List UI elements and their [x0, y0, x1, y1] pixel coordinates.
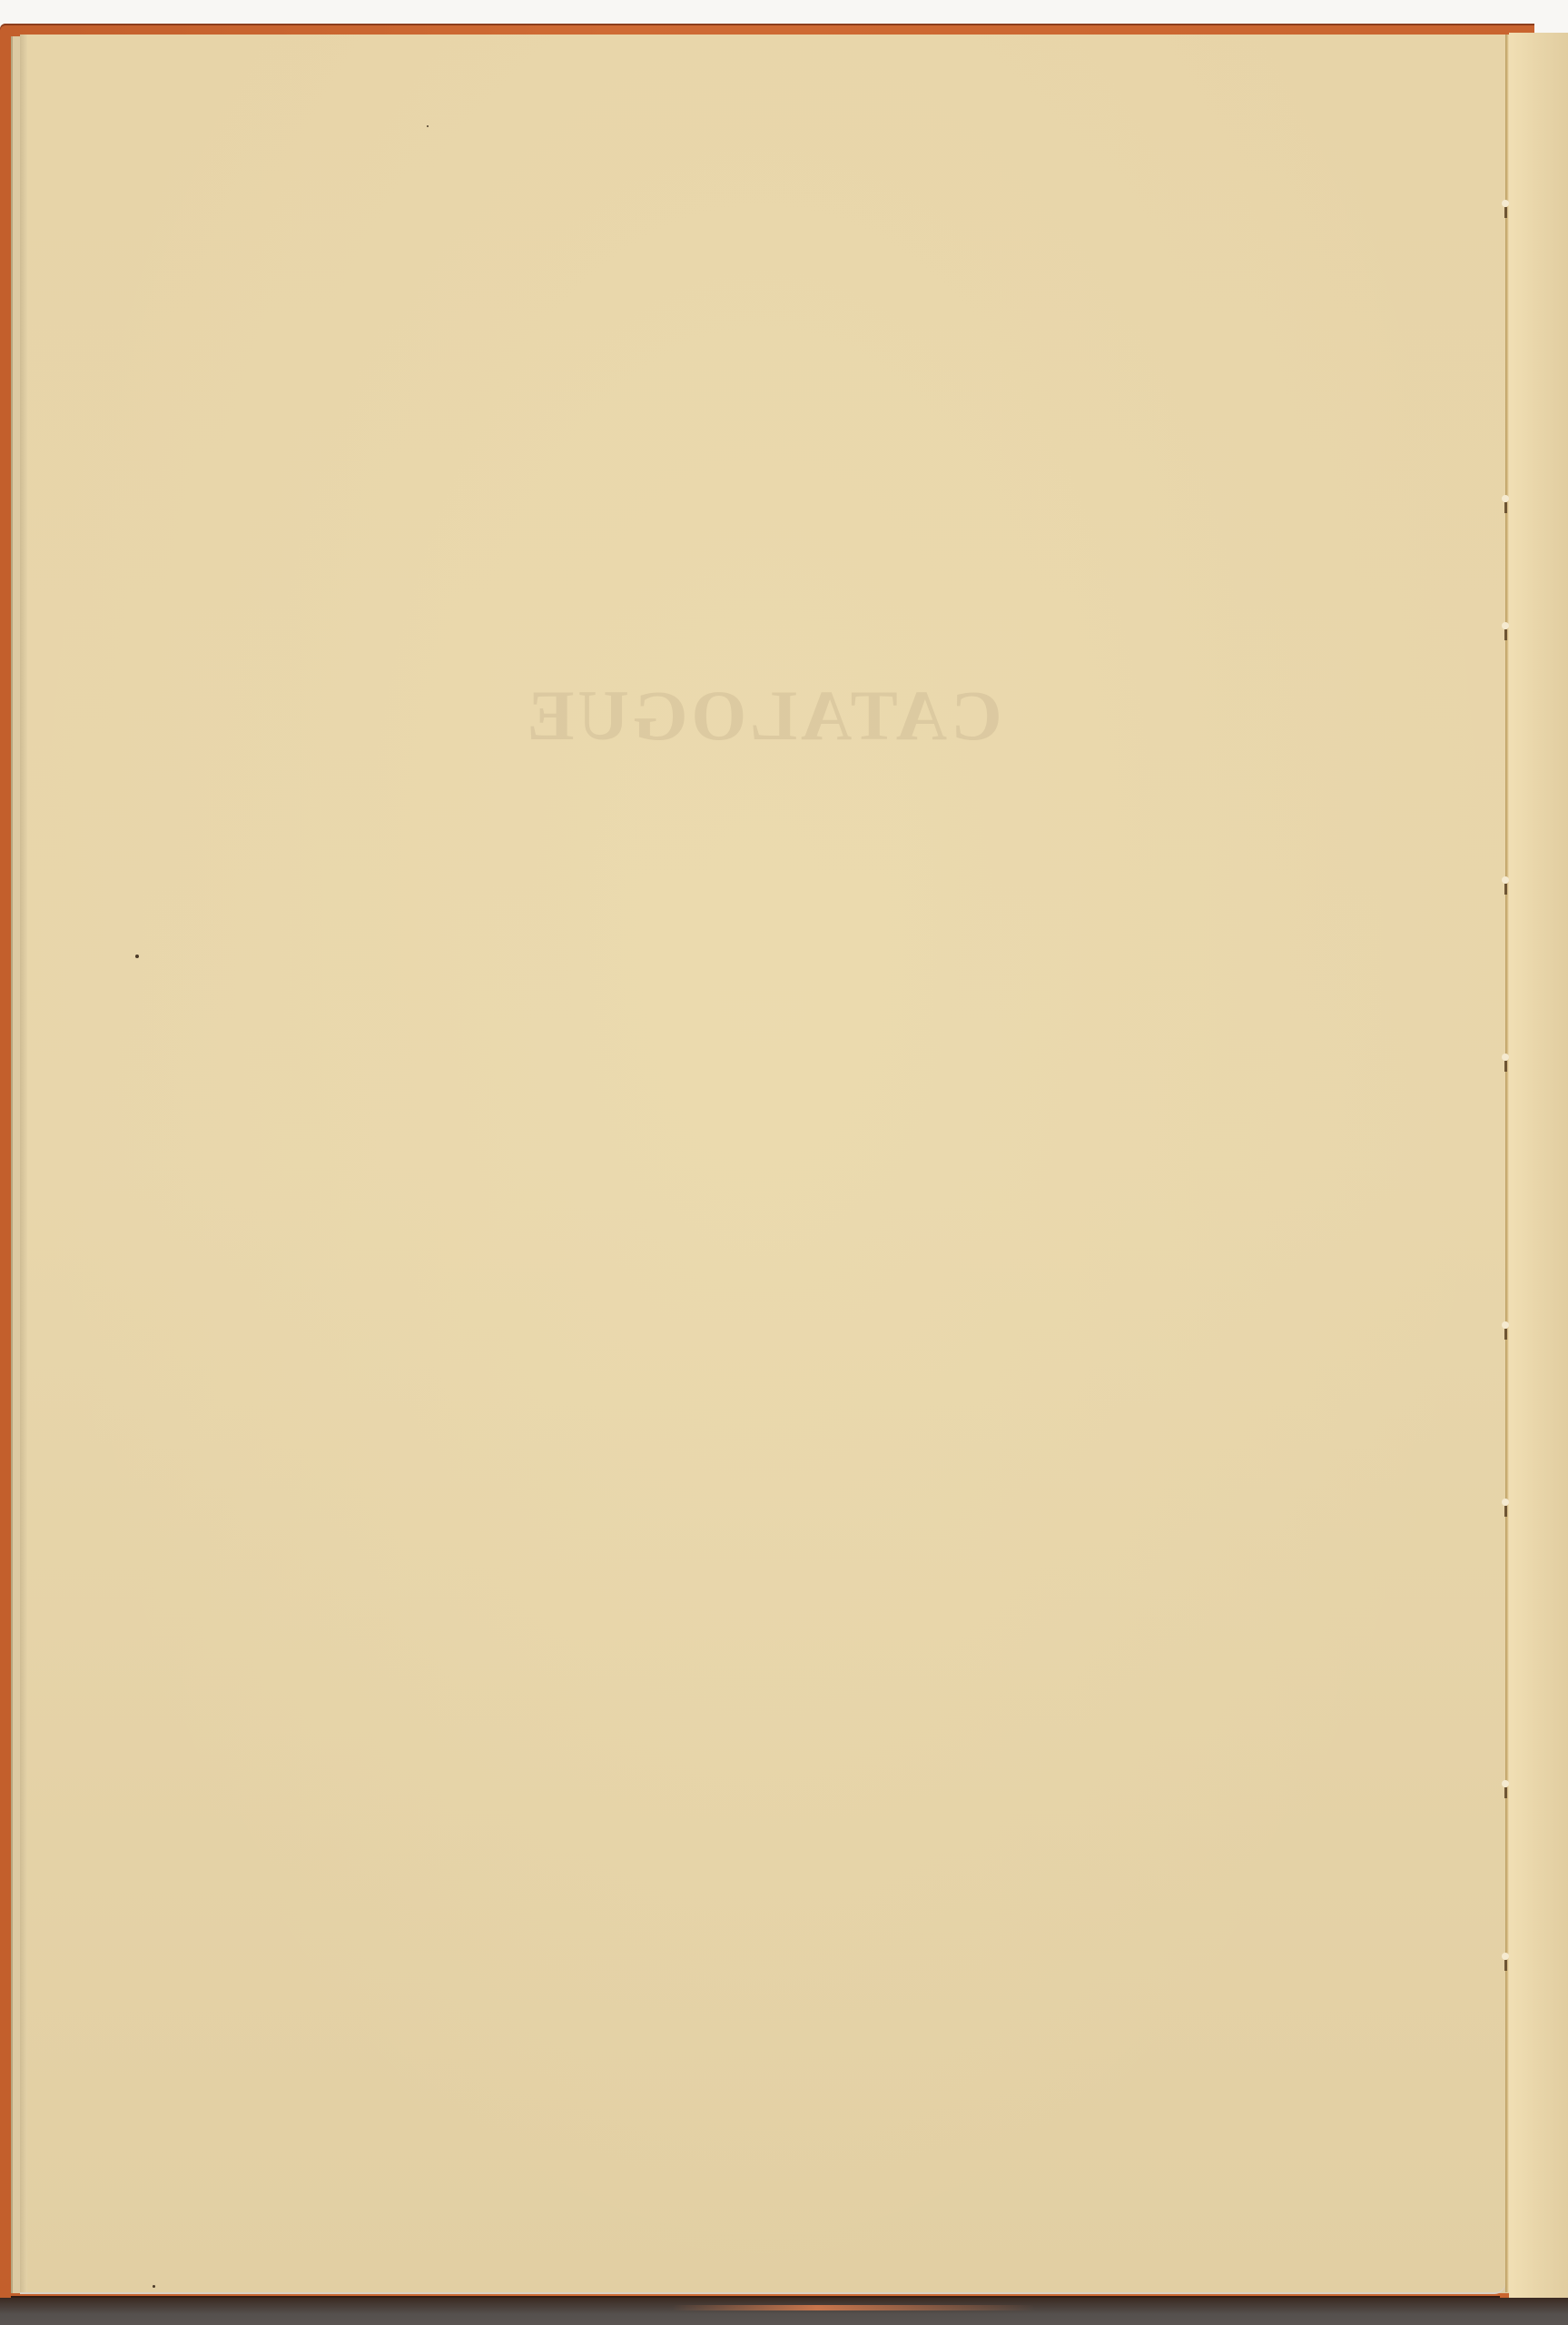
stitch-icon	[1504, 1321, 1509, 1341]
show-through-text: CATALOGUE	[20, 675, 1505, 757]
scan-background-bottom	[0, 2298, 1568, 2325]
paper-speck	[153, 2285, 155, 2288]
stitch-icon	[1504, 1953, 1509, 1973]
stitch-icon	[1504, 876, 1509, 896]
stitch-icon	[1504, 1499, 1509, 1519]
paper-speck	[135, 955, 139, 958]
binding-flap	[1509, 33, 1568, 2300]
stitch-icon	[1504, 1780, 1509, 1800]
cover-edge-highlight	[672, 2305, 1035, 2310]
stitch-icon	[1504, 200, 1509, 220]
stitch-icon	[1504, 495, 1509, 515]
blank-page: CATALOGUE	[20, 35, 1505, 2294]
stitch-icon	[1504, 622, 1509, 642]
page-left-edge	[20, 35, 27, 2292]
stitch-icon	[1504, 1054, 1509, 1073]
paper-speck	[427, 125, 429, 127]
